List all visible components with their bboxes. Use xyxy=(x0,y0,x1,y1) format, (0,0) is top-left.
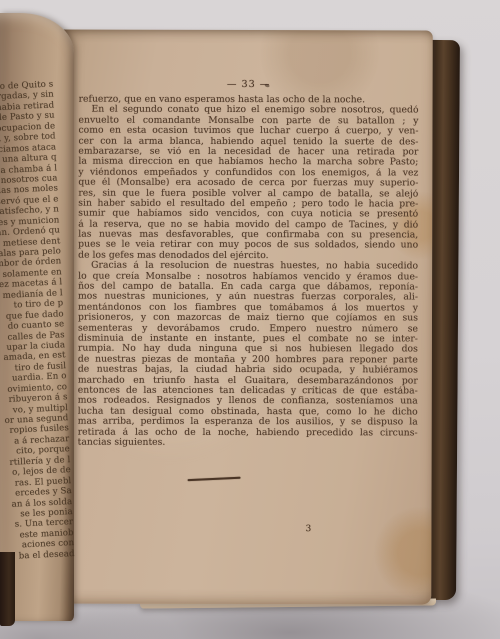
spine-bottom-edge xyxy=(0,552,15,626)
right-page: — 33 — refuerzo, que en vano esperamos h… xyxy=(55,30,433,605)
page-number-header: — 33 — xyxy=(79,80,419,96)
left-page-curled: io de Quito srgadas, y sine habia retira… xyxy=(0,13,74,621)
section-divider-rule xyxy=(188,477,241,481)
book-photograph: — 33 — refuerzo, que en vano esperamos h… xyxy=(0,0,500,639)
body-text: refuerzo, que en vano esperamos hasta la… xyxy=(78,95,419,449)
text-line: tancias siguientes. xyxy=(78,437,418,448)
text-column: — 33 — refuerzo, que en vano esperamos h… xyxy=(78,80,419,449)
left-page-text: io de Quito srgadas, y sine habia retira… xyxy=(0,79,75,562)
signature-mark: 3 xyxy=(302,524,314,534)
